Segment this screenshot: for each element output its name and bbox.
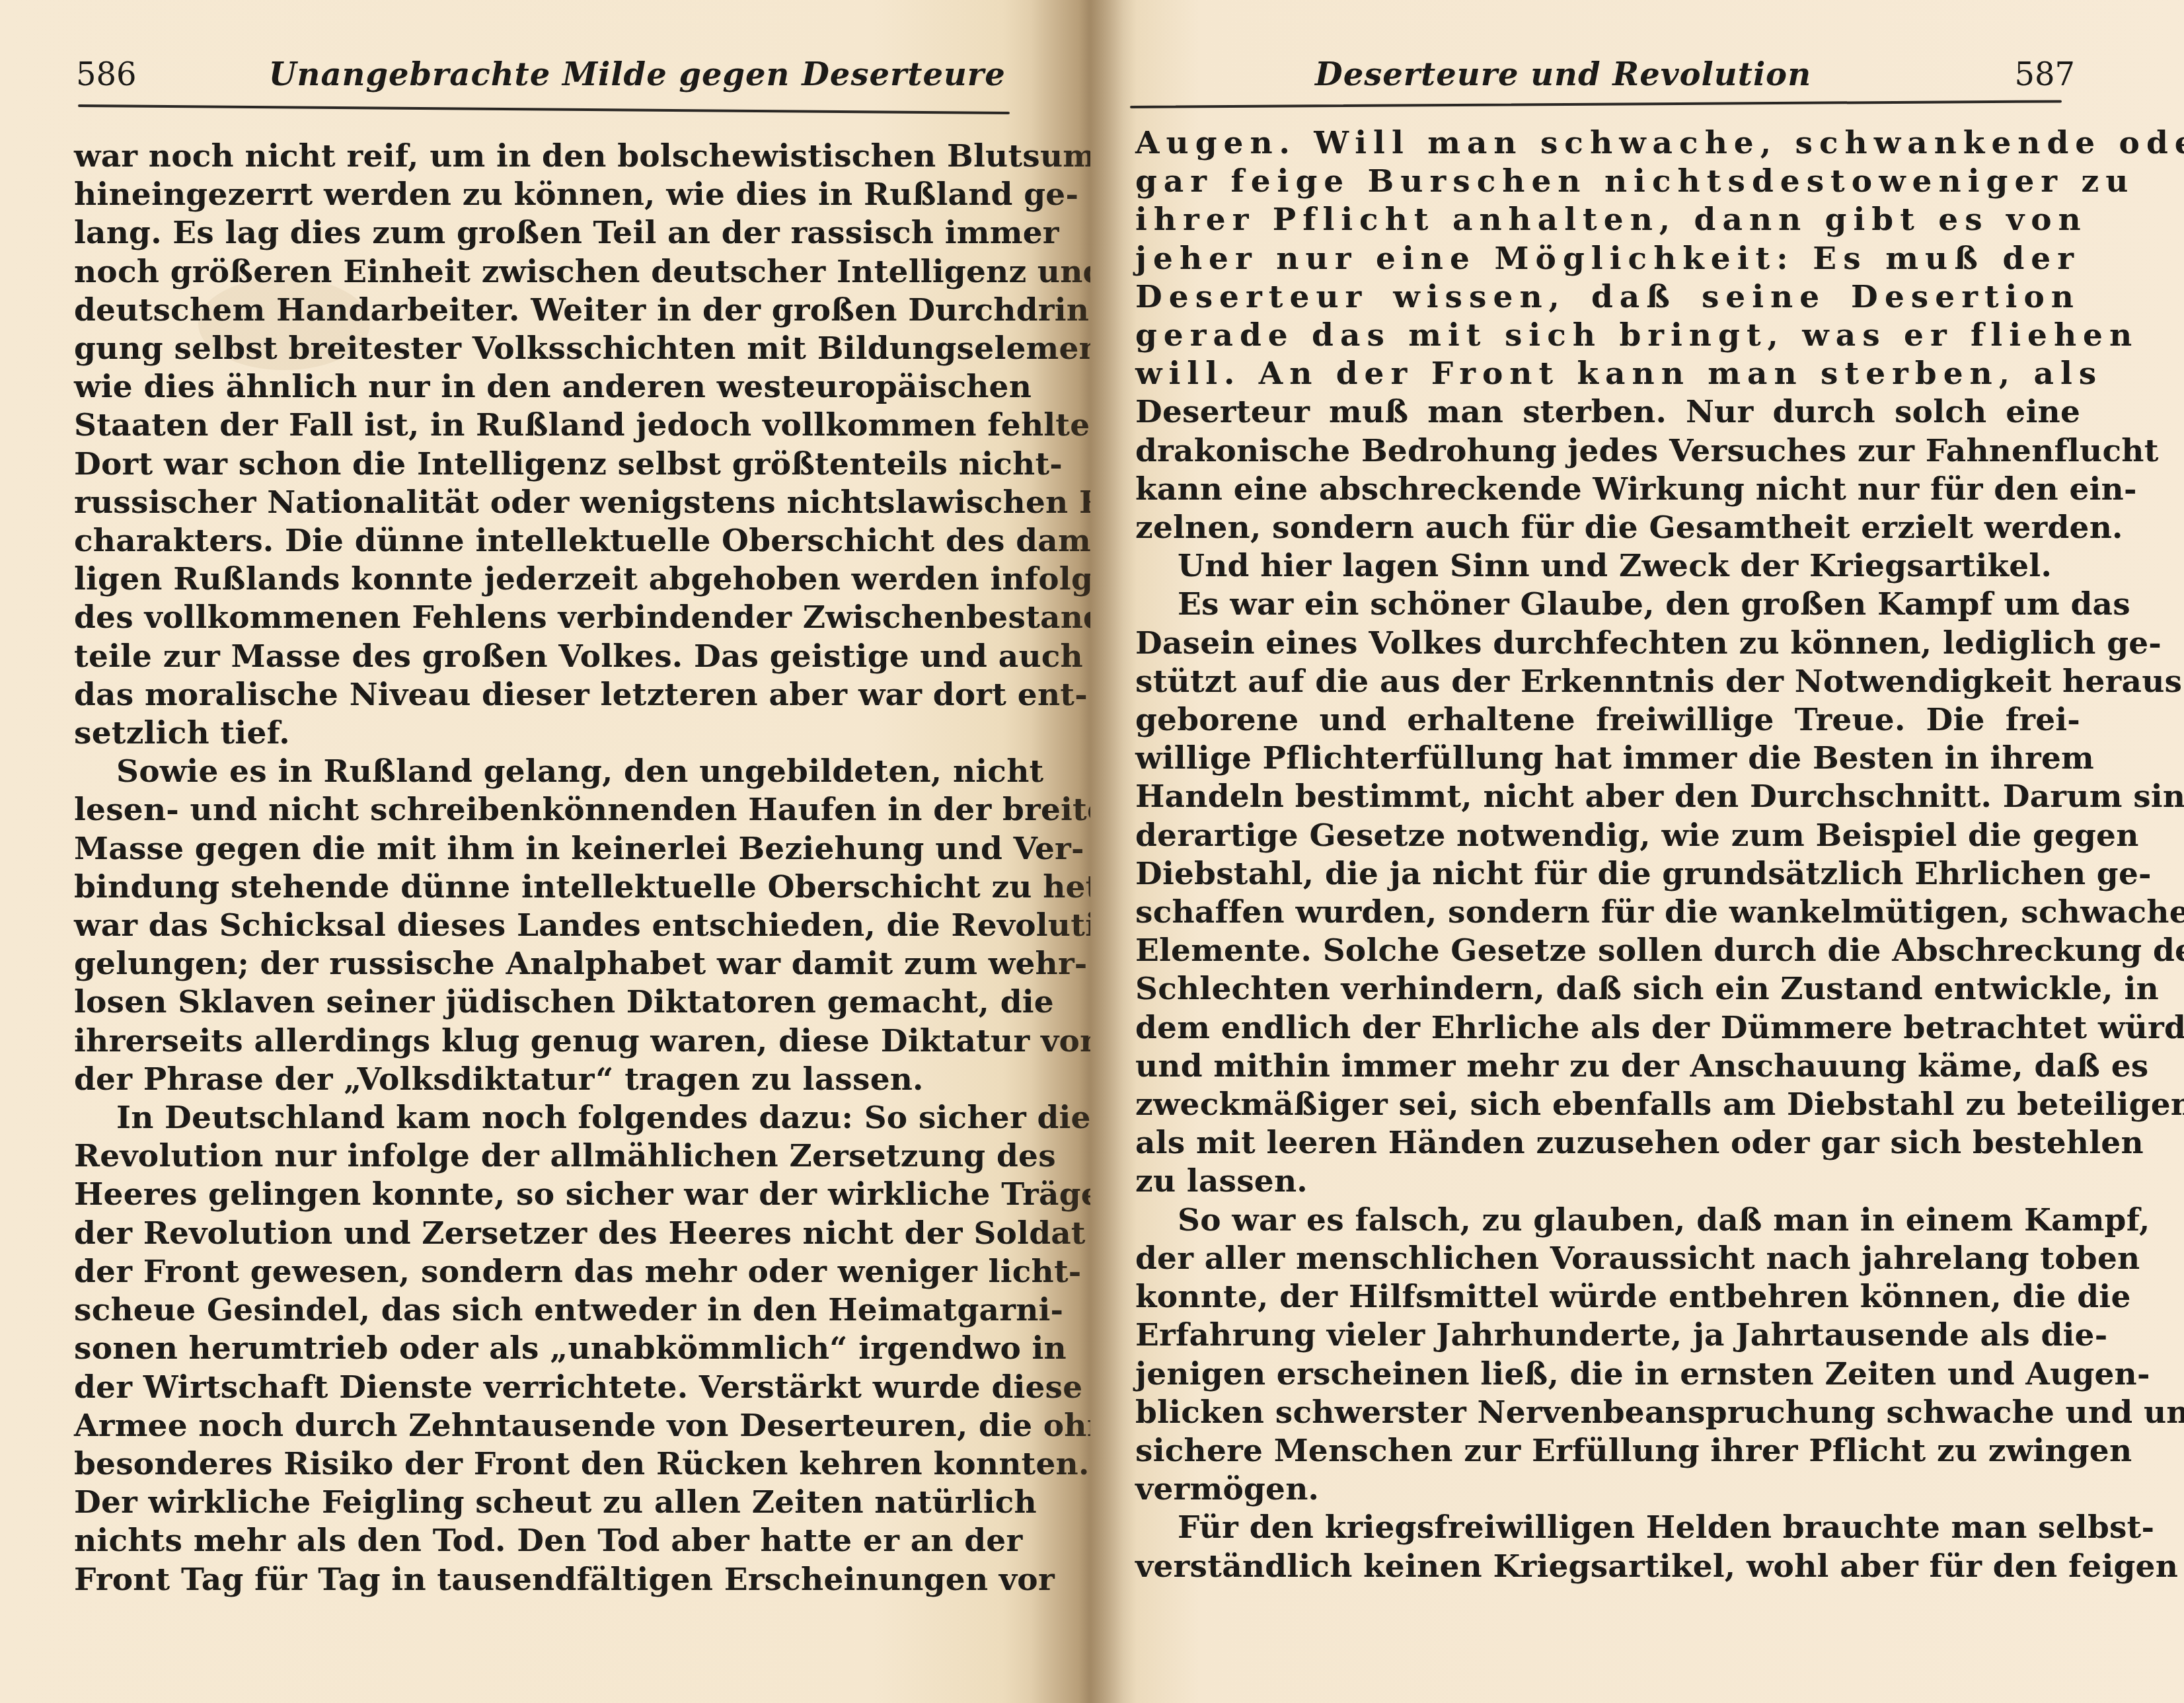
text-line: Deserteur muß man sterben. Nur durch sol… [1135, 393, 2080, 432]
text-line: Diebstahl, die ja nicht für die grundsät… [1135, 855, 2080, 893]
left-page-body: war noch nicht reif, um in den bolschewi… [74, 137, 1019, 1599]
text-line: charakters. Die dünne intellektuelle Obe… [74, 522, 1019, 560]
text-line: Dasein eines Volkes durchfechten zu könn… [1135, 624, 2080, 663]
right-page-body: Augen. Will man schwache, schwankende od… [1135, 124, 2080, 1586]
text-line: teile zur Masse des großen Volkes. Das g… [74, 638, 1019, 676]
text-line: So war es falsch, zu glauben, daß man in… [1135, 1201, 2080, 1240]
left-running-head: 586 Unangebrachte Milde gegen Deserteure [76, 56, 1021, 93]
text-line: gung selbst breitester Volksschichten mi… [74, 330, 1019, 368]
text-line: zu lassen. [1135, 1162, 2080, 1201]
text-line: ligen Rußlands konnte jederzeit abgehobe… [74, 560, 1019, 599]
text-line: verständlich keinen Kriegsartikel, wohl … [1135, 1548, 2080, 1586]
text-line: und mithin immer mehr zu der Anschauung … [1135, 1047, 2080, 1086]
text-line: will. An der Front kann man sterben, als [1135, 355, 2080, 393]
text-line: der Revolution und Zersetzer des Heeres … [74, 1215, 1019, 1253]
text-line: Der wirkliche Feigling scheut zu allen Z… [74, 1484, 1019, 1522]
text-line: willige Pflichterfüllung hat immer die B… [1135, 739, 2080, 778]
text-line: russischer Nationalität oder wenigstens … [74, 484, 1019, 522]
text-line: Elemente. Solche Gesetze sollen durch di… [1135, 932, 2080, 970]
text-line: der aller menschlichen Voraussicht nach … [1135, 1240, 2080, 1278]
text-line: gar feige Burschen nichtsdestoweniger zu [1135, 163, 2080, 201]
text-line: nichts mehr als den Tod. Den Tod aber ha… [74, 1522, 1019, 1560]
text-line: der Front gewesen, sondern das mehr oder… [74, 1253, 1019, 1291]
right-running-head: Deserteure und Revolution 587 [1150, 56, 2075, 93]
text-line: jenigen erscheinen ließ, die in ernsten … [1135, 1355, 2080, 1394]
text-line: Heeres gelingen konnte, so sicher war de… [74, 1176, 1019, 1214]
text-line: des vollkommenen Fehlens verbindender Zw… [74, 599, 1019, 637]
text-line: In Deutschland kam noch folgendes dazu: … [74, 1099, 1019, 1137]
text-line: losen Sklaven seiner jüdischen Diktatore… [74, 983, 1019, 1022]
text-line: Für den kriegsfreiwilligen Helden brauch… [1135, 1509, 2080, 1547]
left-header-rule [78, 104, 1010, 114]
text-line: Staaten der Fall ist, in Rußland jedoch … [74, 406, 1019, 445]
text-line: sonen herumtrieb oder als „unabkömmlich“… [74, 1330, 1019, 1368]
text-line: derartige Gesetze notwendig, wie zum Bei… [1135, 817, 2080, 855]
text-line: das moralische Niveau dieser letzteren a… [74, 676, 1019, 714]
text-line: stützt auf die aus der Erkenntnis der No… [1135, 663, 2080, 701]
text-line: Sowie es in Rußland gelang, den ungebild… [74, 753, 1019, 791]
text-line: geborene und erhaltene freiwillige Treue… [1135, 701, 2080, 739]
text-line: Deserteur wissen, daß seine Desertion [1135, 278, 2080, 317]
right-running-title: Deserteure und Revolution [1315, 56, 1811, 93]
text-line: blicken schwerster Nervenbeanspruchung s… [1135, 1394, 2080, 1432]
text-line: Masse gegen die mit ihm in keinerlei Bez… [74, 830, 1019, 868]
text-line: Es war ein schöner Glaube, den großen Ka… [1135, 586, 2080, 624]
left-page: 586 Unangebrachte Milde gegen Deserteure… [0, 0, 1090, 1703]
text-line: drakonische Bedrohung jedes Versuches zu… [1135, 432, 2080, 471]
text-line: Erfahrung vieler Jahrhunderte, ja Jahrta… [1135, 1316, 2080, 1355]
text-line: als mit leeren Händen zuzusehen oder gar… [1135, 1124, 2080, 1162]
text-line: ihrer Pflicht anhalten, dann gibt es von [1135, 201, 2080, 239]
text-line: jeher nur eine Möglichkeit: Es muß der [1135, 240, 2080, 278]
right-header-rule [1130, 100, 2062, 108]
text-line: gerade das mit sich bringt, was er flieh… [1135, 317, 2080, 355]
text-line: vermögen. [1135, 1470, 2080, 1509]
text-line: deutschem Handarbeiter. Weiter in der gr… [74, 291, 1019, 330]
text-line: Dort war schon die Intelligenz selbst gr… [74, 445, 1019, 484]
text-line: konnte, der Hilfsmittel würde entbehren … [1135, 1278, 2080, 1316]
text-line: kann eine abschreckende Wirkung nicht nu… [1135, 471, 2080, 509]
text-line: bindung stehende dünne intellektuelle Ob… [74, 868, 1019, 907]
text-line: war das Schicksal dieses Landes entschie… [74, 907, 1019, 945]
right-page-number: 587 [2014, 56, 2075, 93]
text-line: Front Tag für Tag in tausendfältigen Ers… [74, 1561, 1019, 1599]
text-line: besonderes Risiko der Front den Rücken k… [74, 1445, 1019, 1484]
text-line: Augen. Will man schwache, schwankende od… [1135, 124, 2080, 163]
text-line: war noch nicht reif, um in den bolschewi… [74, 137, 1019, 176]
text-line: lang. Es lag dies zum großen Teil an der… [74, 214, 1019, 252]
text-line: hineingezerrt werden zu können, wie dies… [74, 176, 1019, 214]
left-page-number: 586 [76, 56, 137, 93]
right-page: Deserteure und Revolution 587 Augen. Wil… [1090, 0, 2184, 1703]
text-line: schaffen wurden, sondern für die wankelm… [1135, 893, 2080, 932]
text-line: Handeln bestimmt, nicht aber den Durchsc… [1135, 778, 2080, 816]
text-line: sichere Menschen zur Erfüllung ihrer Pfl… [1135, 1432, 2080, 1470]
text-line: der Wirtschaft Dienste verrichtete. Vers… [74, 1369, 1019, 1407]
text-line: Und hier lagen Sinn und Zweck der Kriegs… [1135, 547, 2080, 586]
text-line: Revolution nur infolge der allmählichen … [74, 1137, 1019, 1176]
text-line: gelungen; der russische Analphabet war d… [74, 945, 1019, 983]
text-line: dem endlich der Ehrliche als der Dümmere… [1135, 1009, 2080, 1047]
text-line: Schlechten verhindern, daß sich ein Zust… [1135, 970, 2080, 1008]
text-line: setzlich tief. [74, 714, 1019, 753]
text-line: der Phrase der „Volksdiktatur“ tragen zu… [74, 1061, 1019, 1099]
text-line: noch größeren Einheit zwischen deutscher… [74, 253, 1019, 291]
text-line: zelnen, sondern auch für die Gesamtheit … [1135, 509, 2080, 547]
text-line: Armee noch durch Zehntausende von Desert… [74, 1407, 1019, 1445]
text-line: ihrerseits allerdings klug genug waren, … [74, 1022, 1019, 1061]
text-line: scheue Gesindel, das sich entweder in de… [74, 1291, 1019, 1330]
text-line: wie dies ähnlich nur in den anderen west… [74, 368, 1019, 406]
left-running-title: Unangebrachte Milde gegen Deserteure [269, 56, 1006, 93]
text-line: zweckmäßiger sei, sich ebenfalls am Dieb… [1135, 1086, 2080, 1124]
book-spread: 586 Unangebrachte Milde gegen Deserteure… [0, 0, 2184, 1703]
text-line: lesen- und nicht schreibenkönnenden Hauf… [74, 791, 1019, 829]
